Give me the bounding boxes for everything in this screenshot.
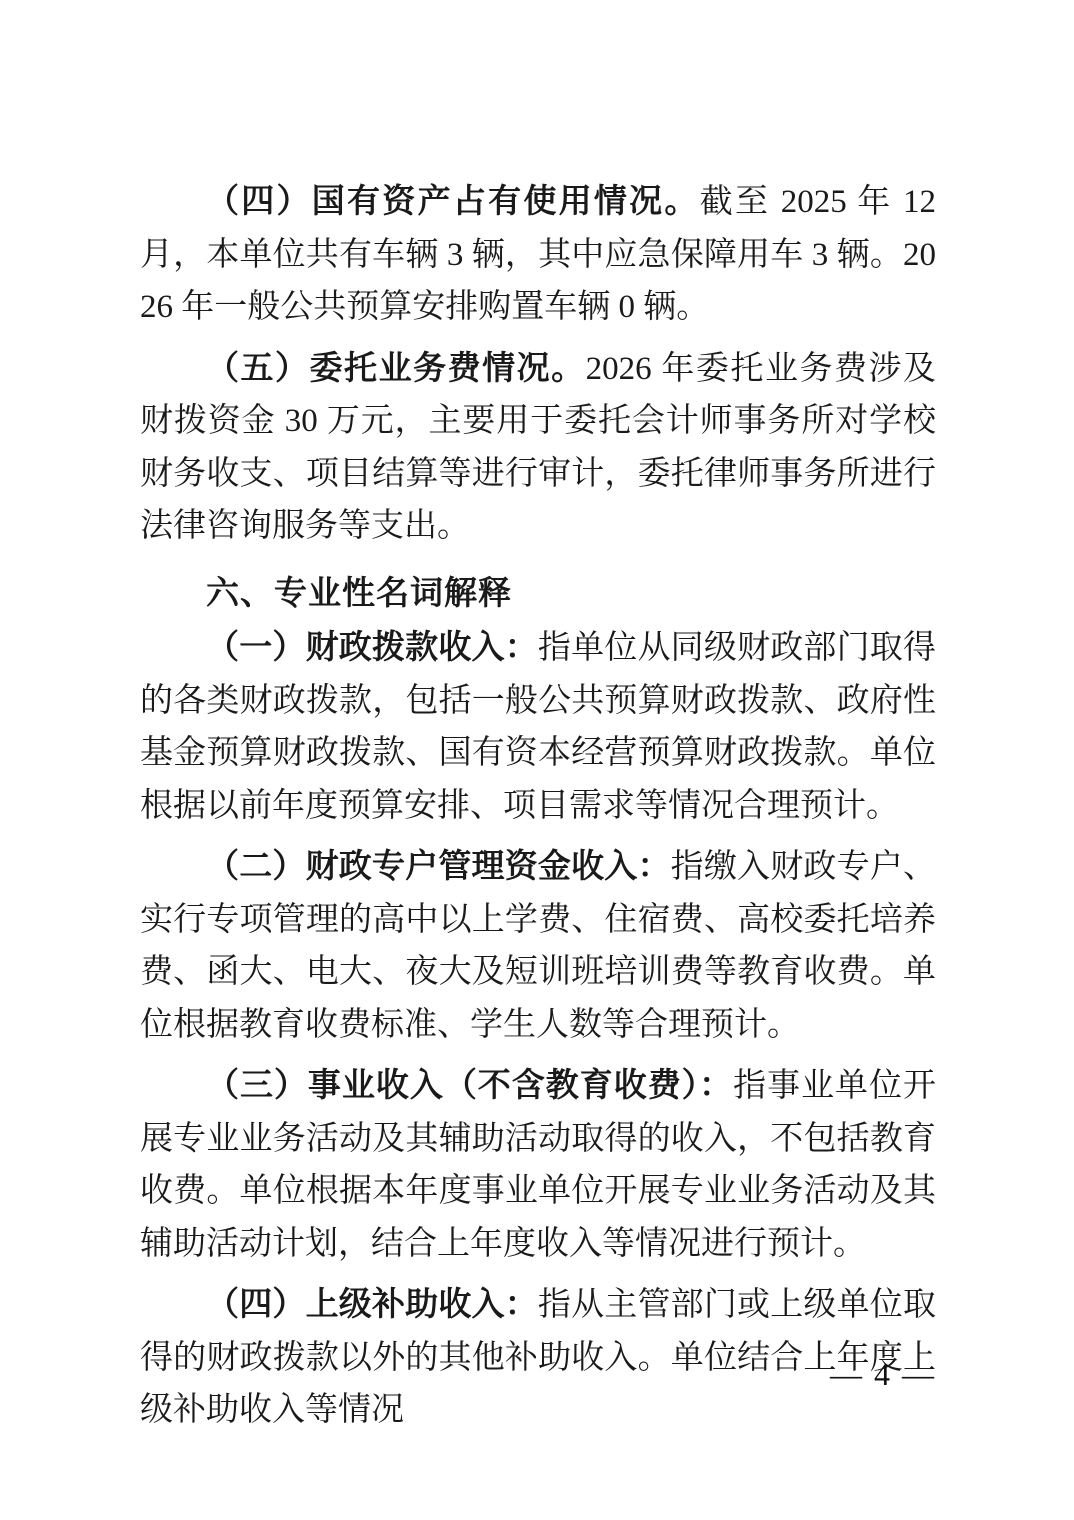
- document-body: （四）国有资产占有使用情况。截至 2025 年 12 月，本单位共有车辆 3 辆…: [140, 176, 936, 1437]
- term-fiscal-appropriation: （一）财政拨款收入：指单位从同级财政部门取得的各类财政拨款，包括一般公共预算财政…: [140, 622, 936, 832]
- term-special-account-funds: （二）财政专户管理资金收入：指缴入财政专户、实行专项管理的高中以上学费、住宿费、…: [140, 841, 936, 1051]
- term-special-account-funds-lead: （二）财政专户管理资金收入：: [206, 849, 671, 885]
- paragraph-asset-usage-lead: （四）国有资产占有使用情况。: [206, 184, 700, 220]
- term-superior-subsidy-lead: （四）上级补助收入：: [206, 1287, 538, 1323]
- term-operational-income: （三）事业收入（不含教育收费）：指事业单位开展专业业务活动及其辅助活动取得的收入…: [140, 1060, 936, 1270]
- section-heading-terminology: 六、专业性名词解释: [140, 567, 936, 620]
- term-fiscal-appropriation-lead: （一）财政拨款收入：: [206, 630, 538, 666]
- term-operational-income-lead: （三）事业收入（不含教育收费）：: [206, 1068, 733, 1104]
- paragraph-entrusted-fees: （五）委托业务费情况。2026 年委托业务费涉及财拨资金 30 万元，主要用于委…: [140, 343, 936, 553]
- paragraph-asset-usage: （四）国有资产占有使用情况。截至 2025 年 12 月，本单位共有车辆 3 辆…: [140, 176, 936, 334]
- paragraph-entrusted-fees-lead: （五）委托业务费情况。: [206, 351, 586, 387]
- term-superior-subsidy: （四）上级补助收入：指从主管部门或上级单位取得的财政拨款以外的其他补助收入。单位…: [140, 1279, 936, 1437]
- page-number: — 4 —: [830, 1352, 936, 1396]
- document-page: （四）国有资产占有使用情况。截至 2025 年 12 月，本单位共有车辆 3 辆…: [0, 0, 1074, 1520]
